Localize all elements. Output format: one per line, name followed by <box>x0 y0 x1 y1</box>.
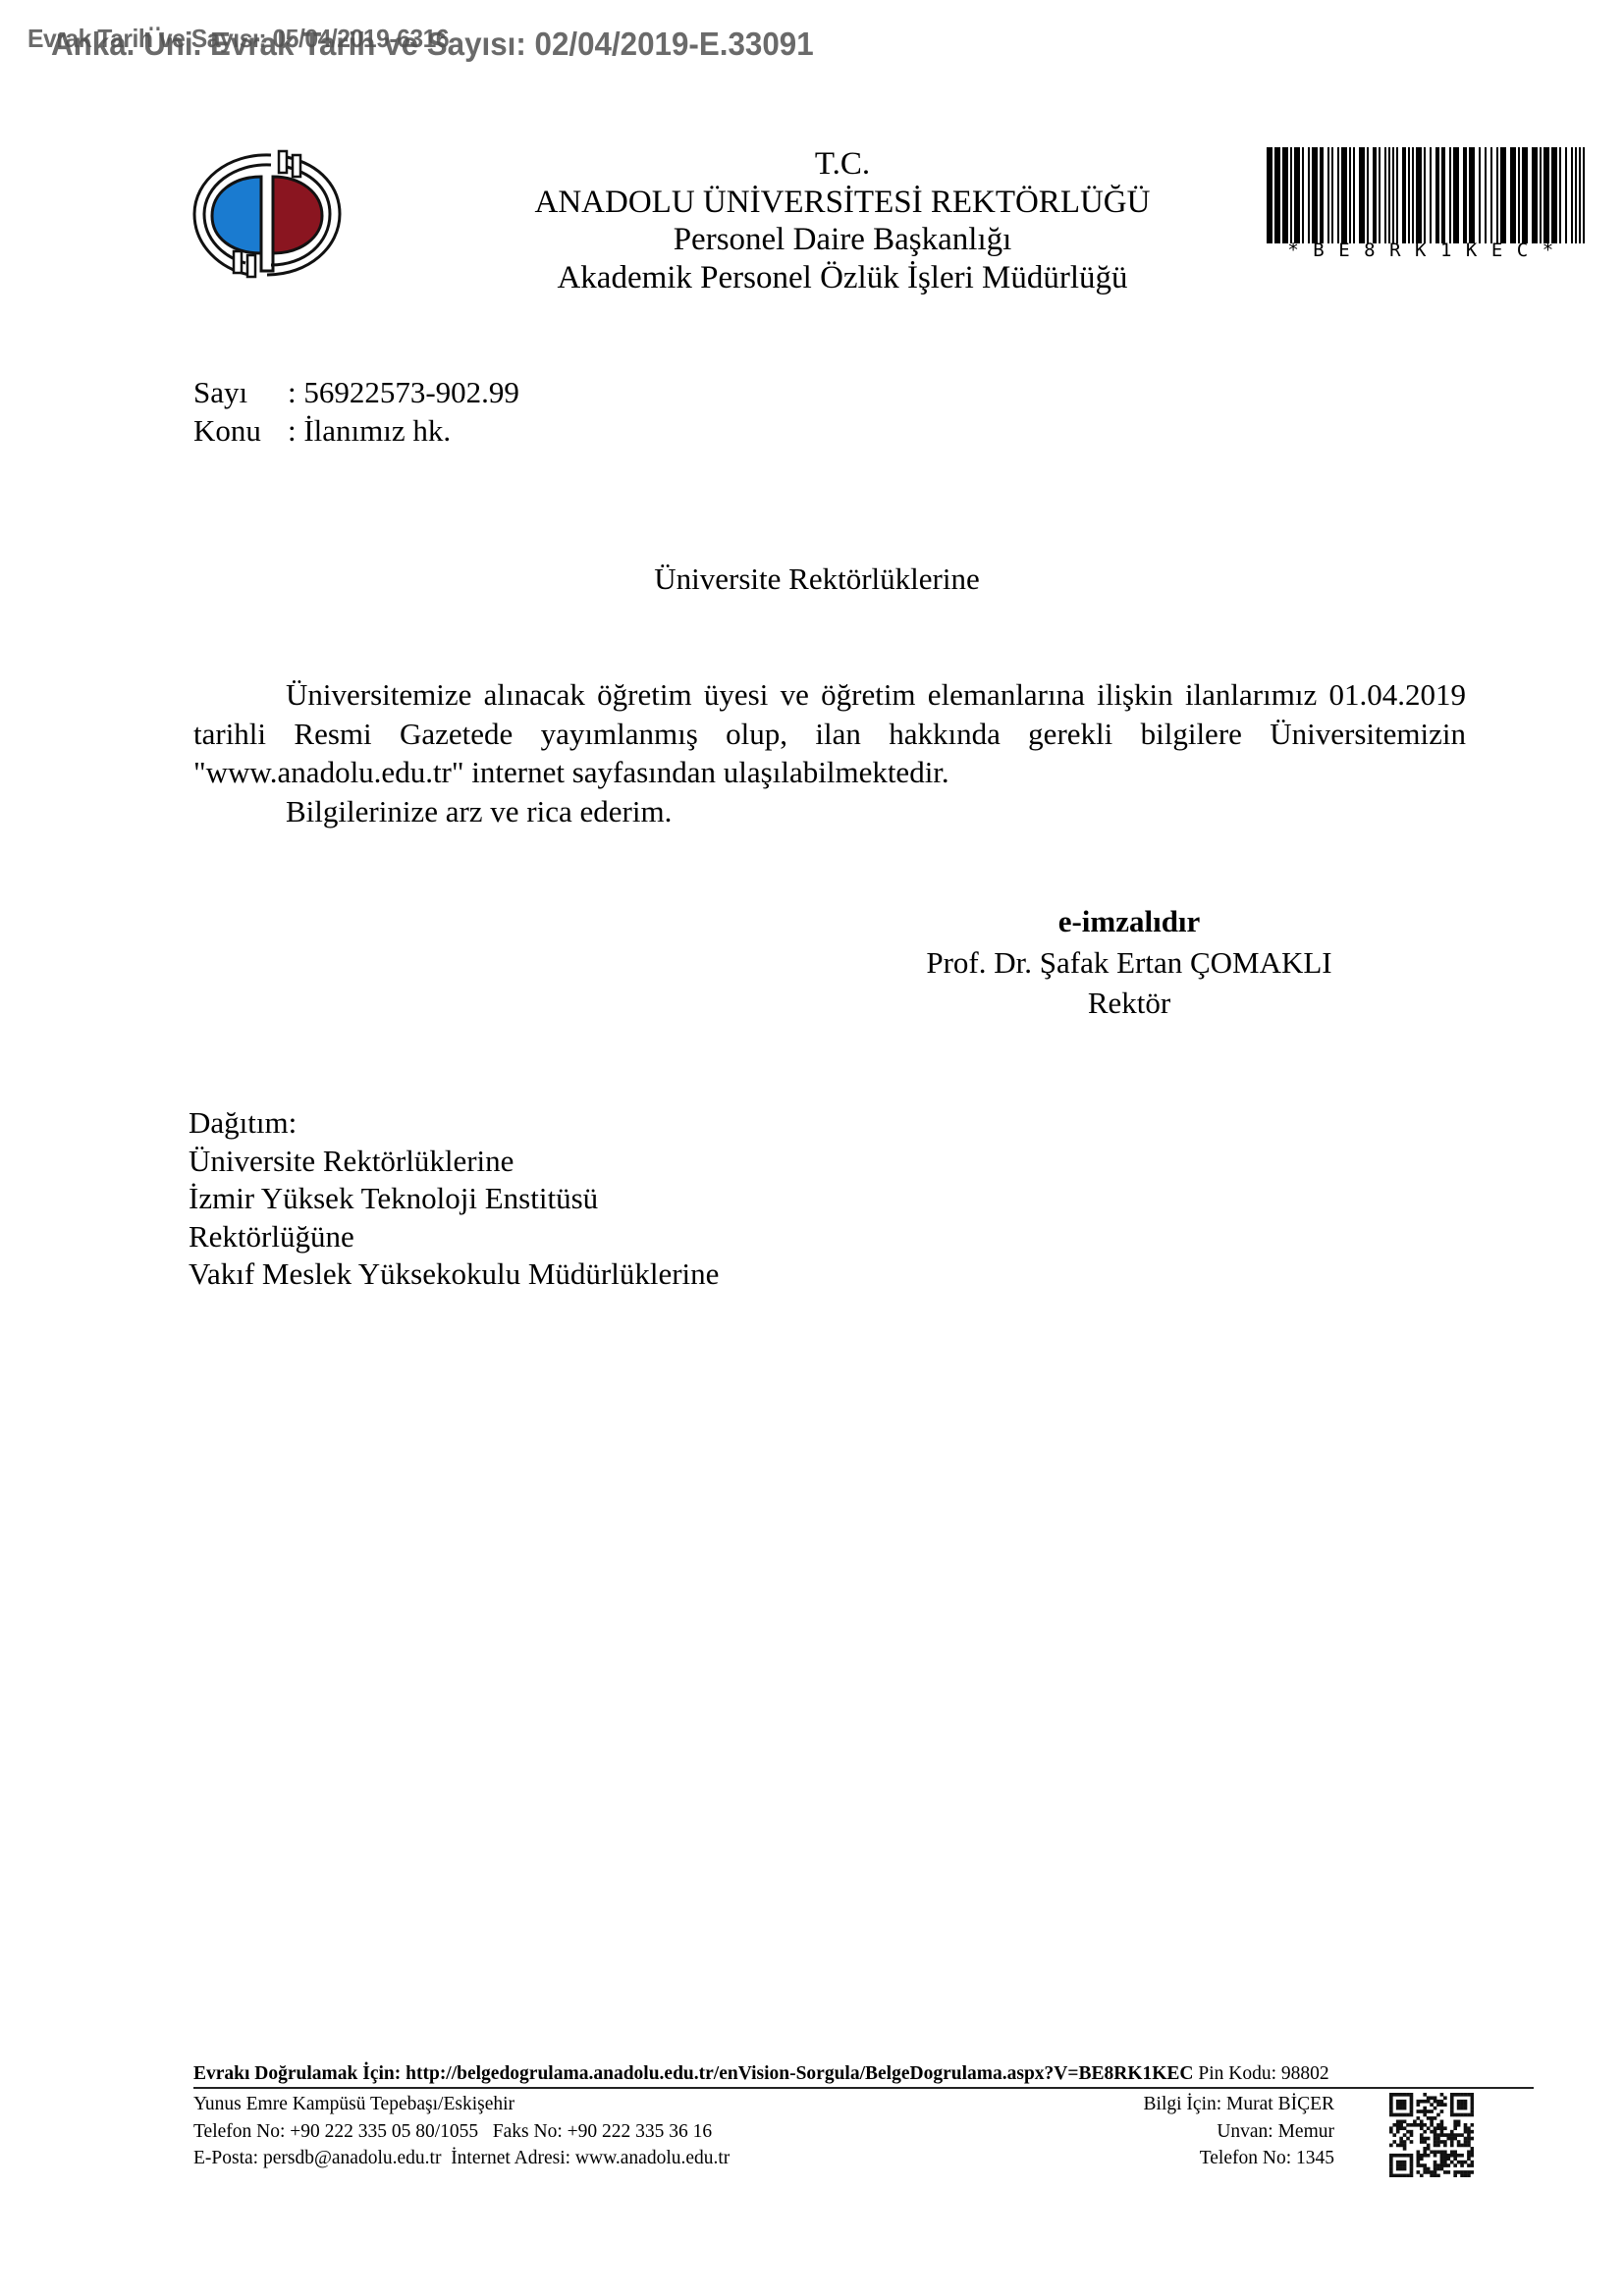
university-logo-icon <box>189 147 344 281</box>
e-signature-status: e-imzalıdır <box>884 901 1375 942</box>
distribution-item: İzmir Yüksek Teknoloji Enstitüsü <box>189 1180 719 1218</box>
verification-link[interactable]: Evrakı Doğrulamak İçin: http://belgedogr… <box>193 2063 1194 2084</box>
letterhead-line: T.C. <box>471 145 1214 184</box>
pin-code: Pin Kodu: 98802 <box>1198 2063 1328 2084</box>
document-meta: Sayı : 56922573-902.99 Konu : İlanımız h… <box>193 373 519 450</box>
signature-block: e-imzalıdır Prof. Dr. Şafak Ertan ÇOMAKL… <box>884 901 1375 1024</box>
footer-info: Bilgi İçin: Murat BİÇER Unvan: Memur Tel… <box>1057 2091 1334 2172</box>
distribution-item: Üniversite Rektörlüklerine <box>189 1143 719 1181</box>
letterhead-line: ANADOLU ÜNİVERSİTESİ REKTÖRLÜĞÜ <box>471 184 1214 222</box>
info-phone: Telefon No: 1345 <box>1057 2145 1334 2172</box>
body-paragraph: Bilgilerinize arz ve rica ederim. <box>193 792 1466 831</box>
letterhead: T.C. ANADOLU ÜNİVERSİTESİ REKTÖRLÜĞÜ Per… <box>471 145 1214 296</box>
distribution-list: Dağıtım: Üniversite Rektörlüklerine İzmi… <box>189 1104 719 1294</box>
body-paragraph: Üniversitemize alınacak öğretim üyesi ve… <box>193 675 1466 792</box>
konu-label: Konu <box>193 411 288 450</box>
distribution-item: Rektörlüğüne <box>189 1218 719 1256</box>
info-title: Unvan: Memur <box>1057 2118 1334 2146</box>
logo-red-half <box>273 177 322 253</box>
distribution-item: Vakıf Meslek Yüksekokulu Müdürlüklerine <box>189 1255 719 1294</box>
info-contact: Bilgi İçin: Murat BİÇER <box>1057 2091 1334 2118</box>
footer-contact: Yunus Emre Kampüsü Tepebaşı/Eskişehir Te… <box>193 2091 730 2172</box>
footer-email-web: E-Posta: persdb@anadolu.edu.tr İnternet … <box>193 2145 730 2172</box>
letter-body: Üniversitemize alınacak öğretim üyesi ve… <box>193 675 1466 830</box>
sayi-label: Sayı <box>193 373 288 411</box>
barcode-text: *BE8RK1KEC* <box>1267 240 1589 261</box>
sayi-value: : 56922573-902.99 <box>288 373 519 411</box>
document-footer: Evrakı Doğrulamak İçin: http://belgedogr… <box>193 2061 1534 2089</box>
konu-value: : İlanımız hk. <box>288 411 451 450</box>
footer-phone-fax: Telefon No: +90 222 335 05 80/1055 Faks … <box>193 2118 730 2146</box>
qr-code-icon <box>1389 2093 1474 2177</box>
logo-blue-half <box>212 177 261 253</box>
verification-line: Evrakı Doğrulamak İçin: http://belgedogr… <box>193 2061 1534 2089</box>
meta-konu: Konu : İlanımız hk. <box>193 411 519 450</box>
letterhead-line: Akademik Personel Özlük İşleri Müdürlüğü <box>471 259 1214 297</box>
barcode-icon <box>1267 147 1589 243</box>
signatory-name: Prof. Dr. Şafak Ertan ÇOMAKLI <box>884 942 1375 984</box>
signatory-title: Rektör <box>884 983 1375 1024</box>
distribution-heading: Dağıtım: <box>189 1104 719 1143</box>
document-stamp-secondary: Anka. Üni. Evrak Tarih ve Sayısı: 02/04/… <box>51 26 814 63</box>
meta-sayi: Sayı : 56922573-902.99 <box>193 373 519 411</box>
footer-address: Yunus Emre Kampüsü Tepebaşı/Eskişehir <box>193 2091 730 2118</box>
letterhead-line: Personel Daire Başkanlığı <box>471 221 1214 259</box>
recipient-salutation: Üniversite Rektörlüklerine <box>589 561 1045 597</box>
